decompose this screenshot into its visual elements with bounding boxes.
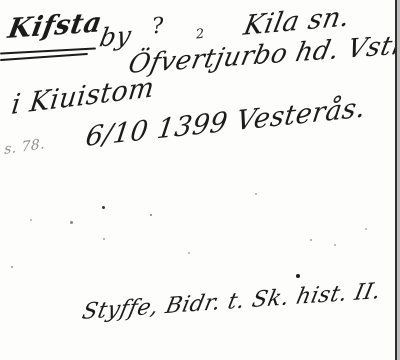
stray-annotation-mark: 2 <box>195 28 205 42</box>
headword-qualifier: by <box>98 22 134 50</box>
headword: Kifsta <box>6 9 104 43</box>
paper-speck <box>103 238 105 240</box>
paper-speck <box>11 266 13 268</box>
paper-speck <box>30 219 32 221</box>
paper-speck <box>365 228 367 230</box>
scan-edge-line <box>395 0 397 360</box>
question-mark: ? <box>151 16 165 39</box>
paper-speck <box>296 274 300 278</box>
paper-speck <box>70 221 73 224</box>
archive-index-card: Kifsta by ? 2 Kila sn. Öfvertjurbo hd. V… <box>0 0 400 360</box>
paper-speck <box>334 244 336 246</box>
charter-name-form: i Kiuistom <box>10 74 156 119</box>
paper-speck <box>255 193 257 195</box>
paper-speck <box>102 206 105 209</box>
paper-speck <box>310 239 312 241</box>
source-reference: Styffe, Bidr. t. Sk. hist. II. <box>80 281 383 324</box>
headword-underline-2 <box>0 53 88 61</box>
paper-speck <box>150 214 152 216</box>
margin-page-note: s. 78. <box>4 137 45 157</box>
paper-speck <box>188 252 190 254</box>
